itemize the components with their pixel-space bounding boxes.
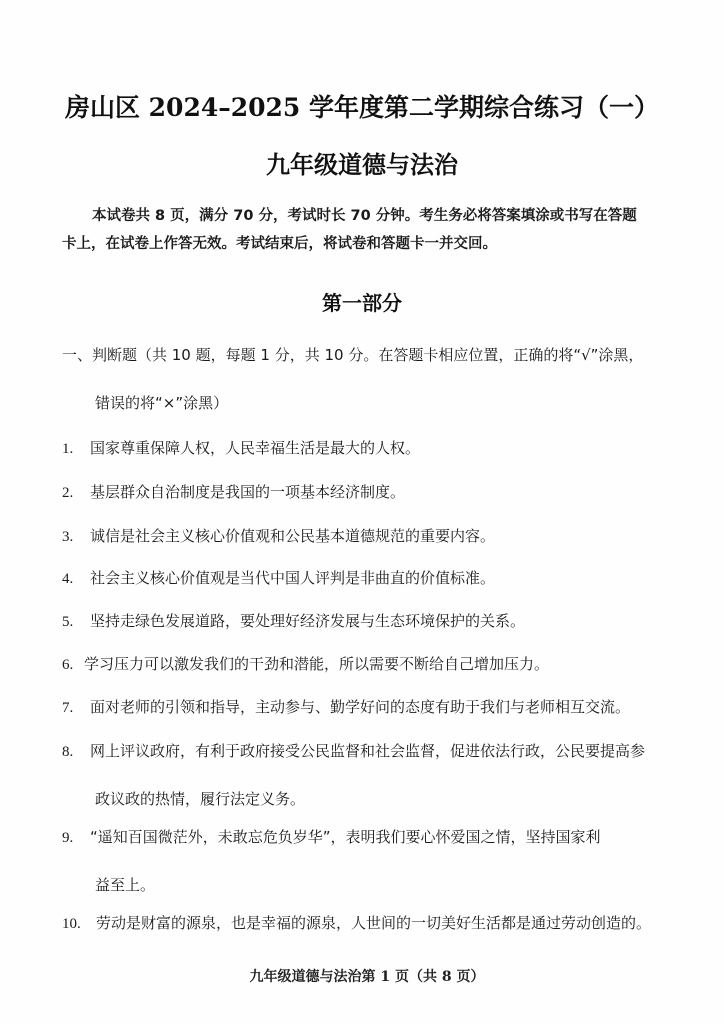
exam-page: 房山区 2024–2025 学年度第二学期综合练习（一） 九年级道德与法治 本试… [0,0,724,1024]
question-text: 坚持走绿色发展道路，要处理好经济发展与生态环境保护的关系。 [90,612,525,630]
question-8: 8.网上评议政府，有利于政府接受公民监督和社会监督，促进依法行政，公民要提高参 … [62,740,645,761]
question-number: 6. [62,657,84,674]
question-7: 7.面对老师的引领和指导，主动参与、勤学好问的态度有助于我们与老师相互交流。 [62,696,630,717]
question-text: 诚信是社会主义核心价值观和公民基本道德规范的重要内容。 [90,527,495,545]
intro-line-2: 卡上，在试卷上作答无效。考试结束后，将试卷和答题卡一并交回。 [62,230,662,258]
question-2: 2.基层群众自治制度是我国的一项基本经济制度。 [62,481,405,502]
question-number: 5. [62,614,90,631]
question-text: 基层群众自治制度是我国的一项基本经济制度。 [90,483,405,501]
question-text: “遥知百国微茫外，未敢忘危负岁华”，表明我们要心怀爱国之情，坚持国家利 [90,828,601,846]
question-number: 2. [62,485,90,502]
intro-line-1: 本试卷共 8 页，满分 70 分，考试时长 70 分钟。考生务必将答案填涂或书写… [92,202,692,230]
question-text: 学习压力可以激发我们的干劲和潜能，所以需要不断给自己增加压力。 [84,655,549,673]
question-number: 8. [62,744,90,761]
question-number: 10. [62,916,96,933]
question-5: 5.坚持走绿色发展道路，要处理好经济发展与生态环境保护的关系。 [62,610,525,631]
question-3: 3.诚信是社会主义核心价值观和公民基本道德规范的重要内容。 [62,525,495,546]
question-1: 1.国家尊重保障人权，人民幸福生活是最大的人权。 [62,437,420,458]
question-number: 4. [62,571,90,588]
question-continuation: 益至上。 [95,874,155,895]
question-continuation: 政议政的热情，履行法定义务。 [95,788,305,809]
instructions-line-1: 一、判断题（共 10 题，每题 1 分，共 10 分。在答题卡相应位置，正确的将… [62,344,643,365]
section-heading: 第一部分 [0,287,724,316]
instructions-line-2: 错误的将“×”涂黑） [95,392,228,413]
question-number: 7. [62,700,90,717]
question-text: 劳动是财富的源泉，也是幸福的源泉，人世间的一切美好生活都是通过劳动创造的。 [96,914,651,932]
question-text: 国家尊重保障人权，人民幸福生活是最大的人权。 [90,439,420,457]
question-text: 面对老师的引领和指导，主动参与、勤学好问的态度有助于我们与老师相互交流。 [90,698,630,716]
question-6: 6.学习压力可以激发我们的干劲和潜能，所以需要不断给自己增加压力。 [62,653,549,674]
question-4: 4.社会主义核心价值观是当代中国人评判是非曲直的价值标准。 [62,567,495,588]
exam-title: 房山区 2024–2025 学年度第二学期综合练习（一） [0,88,724,124]
exam-subject: 九年级道德与法治 [0,145,724,180]
page-footer: 九年级道德与法治第 1 页（共 8 页） [0,966,724,986]
question-text: 社会主义核心价值观是当代中国人评判是非曲直的价值标准。 [90,569,495,587]
question-9: 9.“遥知百国微茫外，未敢忘危负岁华”，表明我们要心怀爱国之情，坚持国家利 益至… [62,826,601,847]
question-number: 3. [62,529,90,546]
question-10: 10.劳动是财富的源泉，也是幸福的源泉，人世间的一切美好生活都是通过劳动创造的。 [62,912,651,933]
question-number: 9. [62,830,90,847]
question-text: 网上评议政府，有利于政府接受公民监督和社会监督，促进依法行政，公民要提高参 [90,742,645,760]
question-number: 1. [62,441,90,458]
